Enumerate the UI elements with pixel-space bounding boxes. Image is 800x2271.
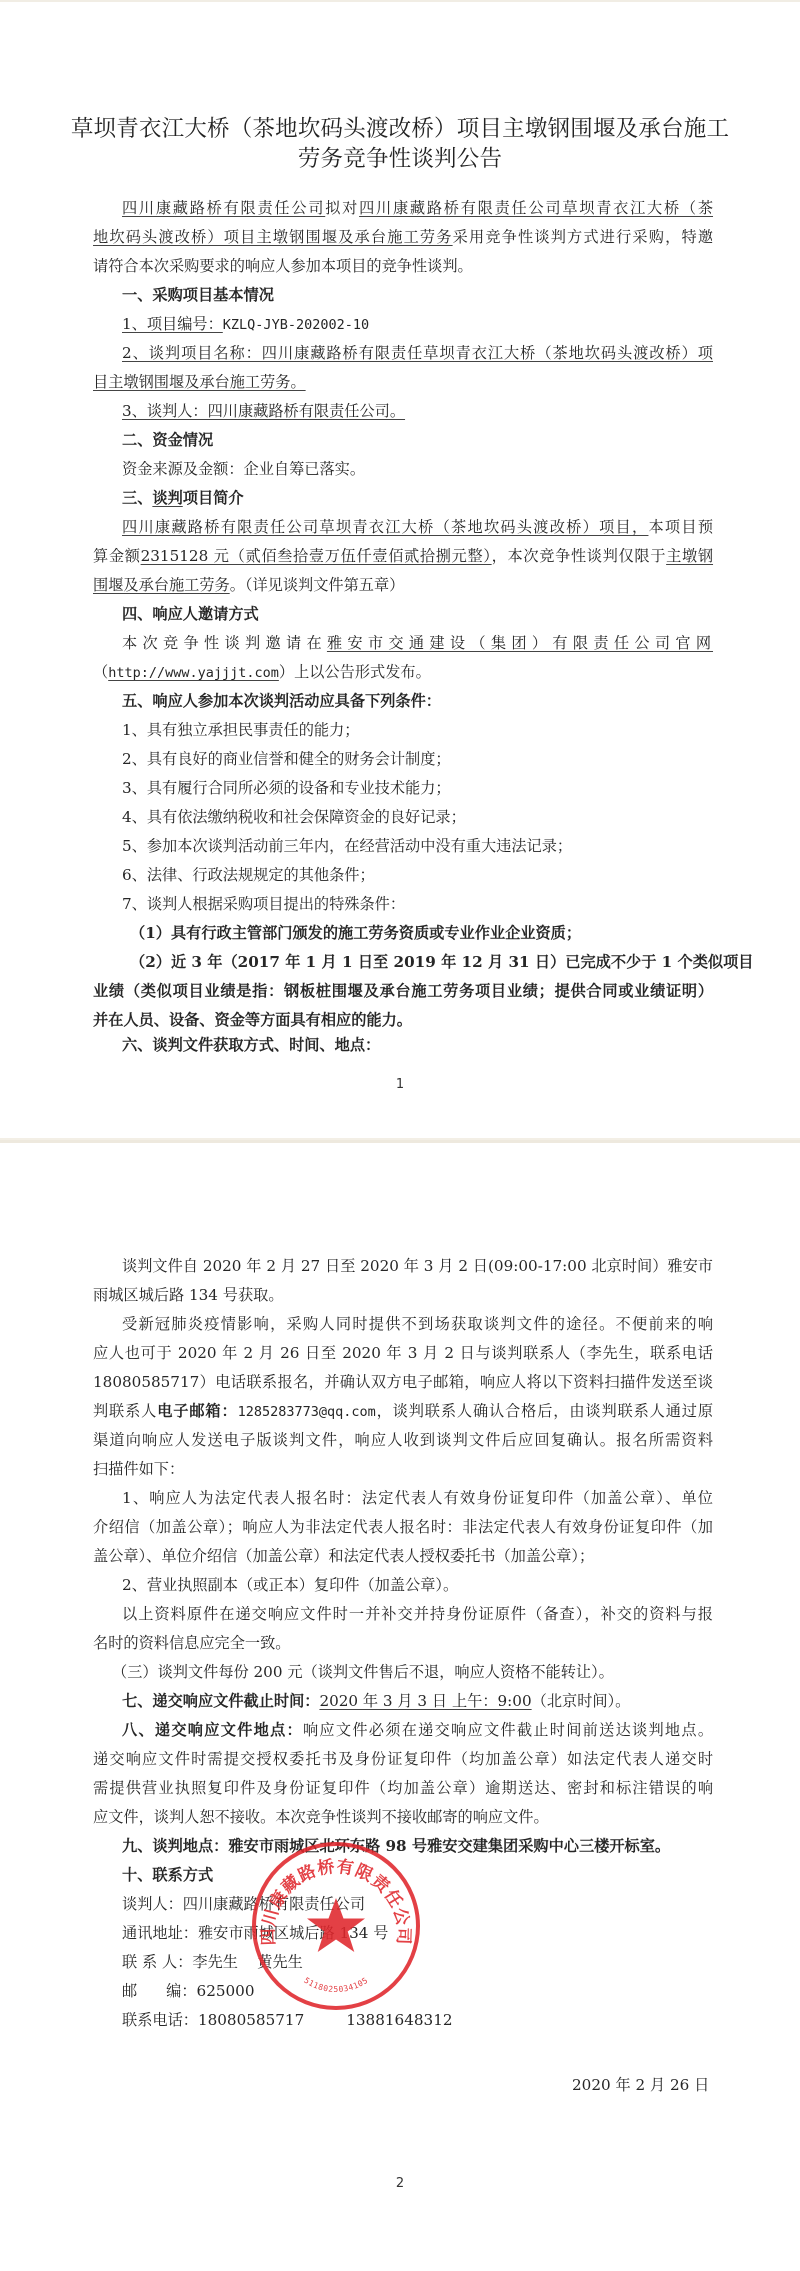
phone-number-2: 13881648312: [346, 2011, 452, 2029]
seal-registration-number: 5118025034105: [302, 1976, 369, 1994]
section-6-heading: 六、谈判文件获取方式、时间、地点：: [122, 1035, 713, 1055]
invitation-line-2: （http://www.yajjjt.com）上以公告形式发布。: [93, 662, 713, 683]
section-7-deadline: 七、递交响应文件截止时间：2020 年 3 月 3 日 上午：9:00（北京时间…: [122, 1691, 713, 1711]
special-condition-2-line-2: 业绩（类似项目业绩是指：钢板桩围堰及承台施工劳务项目业绩；提供合同或业绩证明）: [93, 981, 713, 1001]
svg-text:5118025034105: 5118025034105: [302, 1976, 369, 1994]
condition-item: 3、具有履行合同所必须的设备和专业技术能力；: [122, 778, 713, 798]
section-8-line-3: 需提供营业执照复印件及身份证复印件（均加盖公章）逾期送达、密封和标注错误的响: [93, 1778, 713, 1798]
acquisition-paragraph-line-2: 雨城区城后路 134 号获取。: [93, 1285, 713, 1305]
document-fee: （三）谈判文件每份 200 元（谈判文件售后不退，响应人资格不能转让）。: [112, 1662, 695, 1682]
signature-date: 2020 年 2 月 26 日: [572, 2075, 709, 2095]
page-number: 1: [392, 1077, 408, 1092]
intro-paragraph-line-3: 请符合本次采购要求的响应人参加本项目的竞争性谈判。: [93, 256, 713, 276]
project-intro-line-1: 四川康藏路桥有限责任公司草坝青衣江大桥（茶地坎码头渡改桥）项目，本项目预: [122, 517, 713, 537]
condition-item: 5、参加本次谈判活动前三年内，在经营活动中没有重大违法记录；: [122, 836, 713, 856]
company-seal-stamp: 四川康藏路桥有限责任公司 5118025034105: [250, 1840, 422, 2012]
project-name-line-1: 2、谈判项目名称：四川康藏路桥有限责任草坝青衣江大桥（茶地坎码头渡改桥）项: [122, 343, 713, 363]
section-5-heading: 五、响应人参加本次谈判活动应具备下列条件：: [122, 691, 713, 711]
requirement-1-line-3: 盖公章）、单位介绍信（加盖公章）和法定代表人授权委托书（加盖公章）；: [93, 1546, 713, 1566]
condition-item: 1、具有独立承担民事责任的能力；: [122, 720, 713, 740]
invitation-line-1: 本次竞争性谈判邀请在雅安市交通建设（集团）有限责任公司官网: [122, 633, 713, 653]
website-link[interactable]: http://www.yajjjt.com: [108, 665, 279, 681]
acquisition-paragraph-line-1: 谈判文件自 2020 年 2 月 27 日至 2020 年 3 月 2 日(09…: [122, 1256, 713, 1276]
document-title-line-1: 草坝青衣江大桥（茶地坎码头渡改桥）项目主墩钢围堰及承台施工: [60, 114, 740, 144]
contact-phone: 联系电话：1808058571713881648312: [122, 2010, 713, 2030]
covid-paragraph-line-6: 扫描件如下：: [93, 1459, 713, 1479]
condition-item: 4、具有依法缴纳税收和社会保障资金的良好记录；: [122, 807, 713, 827]
project-intro-line-2: 算金额2315128 元（贰佰叁拾壹万伍仟壹佰贰拾捌元整），本次竞争性谈判仅限于…: [93, 546, 713, 566]
section-2-heading: 二、资金情况: [122, 430, 713, 450]
special-condition-2-line-1: （2）近 3 年（2017 年 1 月 1 日至 2019 年 12 月 31 …: [130, 952, 713, 972]
document-title-line-2: 劳务竞争性谈判公告: [60, 144, 740, 174]
section-8-line-2: 递交响应文件时需提交授权委托书及身份证复印件（均加盖公章）如法定代表人递交时: [93, 1749, 713, 1769]
star-icon: [307, 1898, 365, 1952]
negotiator-line: 3、谈判人：四川康藏路桥有限责任公司。: [122, 401, 713, 421]
section-3-heading: 三、谈判项目简介: [122, 488, 713, 508]
section-4-heading: 四、响应人邀请方式: [122, 604, 713, 624]
special-condition-2-line-3: 并在人员、设备、资金等方面具有相应的能力。: [93, 1010, 713, 1030]
project-intro-line-3: 围堰及承台施工劳务。（详见谈判文件第五章）: [93, 575, 713, 595]
section-1-heading: 一、采购项目基本情况: [122, 285, 713, 305]
requirement-1-line-1: 1、响应人为法定代表人报名时：法定代表人有效身份证复印件（加盖公章）、单位: [122, 1488, 713, 1508]
condition-item: 7、谈判人根据采购项目提出的特殊条件：: [122, 894, 713, 914]
document-page-1: 草坝青衣江大桥（茶地坎码头渡改桥）项目主墩钢围堰及承台施工 劳务竞争性谈判公告 …: [0, 0, 800, 1142]
covid-paragraph-line-5: 渠道向响应人发送电子版谈判文件，响应人收到谈判文件后应回复确认。报名所需资料: [93, 1430, 713, 1450]
intro-paragraph-line-1: 四川康藏路桥有限责任公司拟对四川康藏路桥有限责任公司草坝青衣江大桥（茶: [122, 198, 713, 218]
covid-paragraph-line-1: 受新冠肺炎疫情影响，采购人同时提供不到场获取谈判文件的途径。不便前来的响: [122, 1314, 713, 1334]
covid-paragraph-line-4: 判联系人电子邮箱：1285283773@qq.com，谈判联系人确认合格后，由谈…: [93, 1401, 713, 1422]
intro-paragraph-line-2: 地坎码头渡改桥）项目主墩钢围堰及承台施工劳务采用竞争性谈判方式进行采购，特邀: [93, 227, 713, 247]
page-number: 2: [392, 2176, 408, 2191]
covid-paragraph-line-2: 应人也可于 2020 年 2 月 26 日至 2020 年 3 月 2 日与谈判…: [93, 1343, 713, 1363]
project-name-line-2: 目主墩钢围堰及承台施工劳务。: [93, 372, 713, 392]
section-8-line-4: 应文件，谈判人恕不接收。本次竞争性谈判不接收邮寄的响应文件。: [93, 1807, 713, 1827]
covid-paragraph-line-3: 18080585717）电话联系报名，并确认双方电子邮箱，响应人将以下资料扫描件…: [93, 1372, 713, 1392]
email-address[interactable]: 1285283773@qq.com: [238, 1404, 376, 1420]
requirement-1-line-2: 介绍信（加盖公章）；响应人为非法定代表人报名时：非法定代表人有效身份证复印件（加: [93, 1517, 713, 1537]
phone-number-1: 18080585717: [198, 2011, 304, 2029]
originals-paragraph-line-2: 名时的资料信息应完全一致。: [93, 1633, 713, 1653]
condition-item: 2、具有良好的商业信誉和健全的财务会计制度；: [122, 749, 713, 769]
requirement-2: 2、营业执照副本（或正本）复印件（加盖公章）。: [122, 1575, 713, 1595]
special-condition-1: （1）具有行政主管部门颁发的施工劳务资质或专业作业企业资质；: [130, 923, 713, 943]
funding-source: 资金来源及金额：企业自筹已落实。: [122, 459, 713, 479]
section-8-line-1: 八、递交响应文件地点：响应文件必须在递交响应文件截止时间前送达谈判地点。: [122, 1720, 713, 1740]
condition-item: 6、法律、行政法规规定的其他条件；: [122, 865, 713, 885]
project-number: 1、项目编号：KZLQ-JYB-202002-10: [122, 314, 713, 335]
originals-paragraph-line-1: 以上资料原件在递交响应文件时一并补交并持身份证原件（备查），补交的资料与报: [122, 1604, 713, 1624]
